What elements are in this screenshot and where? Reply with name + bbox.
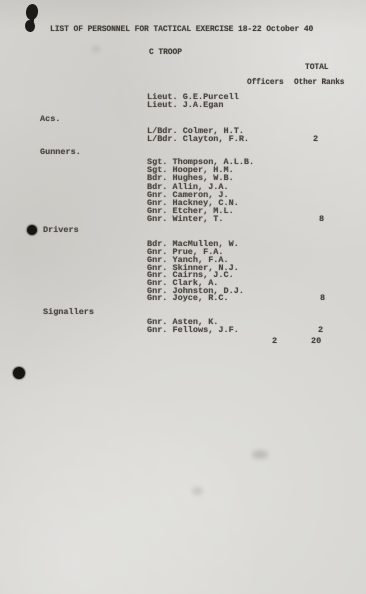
section-count-drivers: 8 (320, 294, 325, 303)
page-title: LIST OF PERSONNEL FOR TACTICAL EXERCISE … (50, 25, 313, 34)
section-label-signallers: Signallers (43, 308, 94, 317)
scanned-document-page: LIST OF PERSONNEL FOR TACTICAL EXERCISE … (0, 0, 366, 594)
personnel-row: Gnr. Winter, T. (147, 215, 224, 224)
personnel-row: Gnr. Joyce, R.C. (147, 294, 229, 303)
hole-punch-mark (27, 225, 37, 235)
grand-total-officers: 2 (272, 337, 277, 346)
other-ranks-column-header: Other Ranks (294, 79, 344, 88)
section-label-acs: Acs. (40, 115, 60, 124)
paper-smudge (92, 46, 100, 52)
personnel-row: Gnr. Fellows, J.F. (147, 326, 239, 335)
section-count-acs: 2 (313, 135, 318, 144)
paper-smudge (192, 487, 203, 495)
hole-punch-mark (13, 367, 25, 379)
section-count-signallers: 2 (318, 326, 323, 335)
grand-total-other-ranks: 20 (311, 337, 321, 346)
section-count-gunners: 8 (319, 215, 324, 224)
officers-column-header: Officers (247, 79, 284, 88)
personnel-row: L/Bdr. Clayton, F.R. (147, 135, 249, 144)
section-label-gunners: Gunners. (40, 148, 81, 157)
officer-row: Lieut. J.A.Egan (147, 101, 224, 110)
paper-smudge (252, 450, 268, 459)
troop-heading: C TROOP (149, 48, 182, 57)
section-label-drivers: Drivers (43, 226, 79, 235)
total-heading: TOTAL (305, 63, 329, 72)
